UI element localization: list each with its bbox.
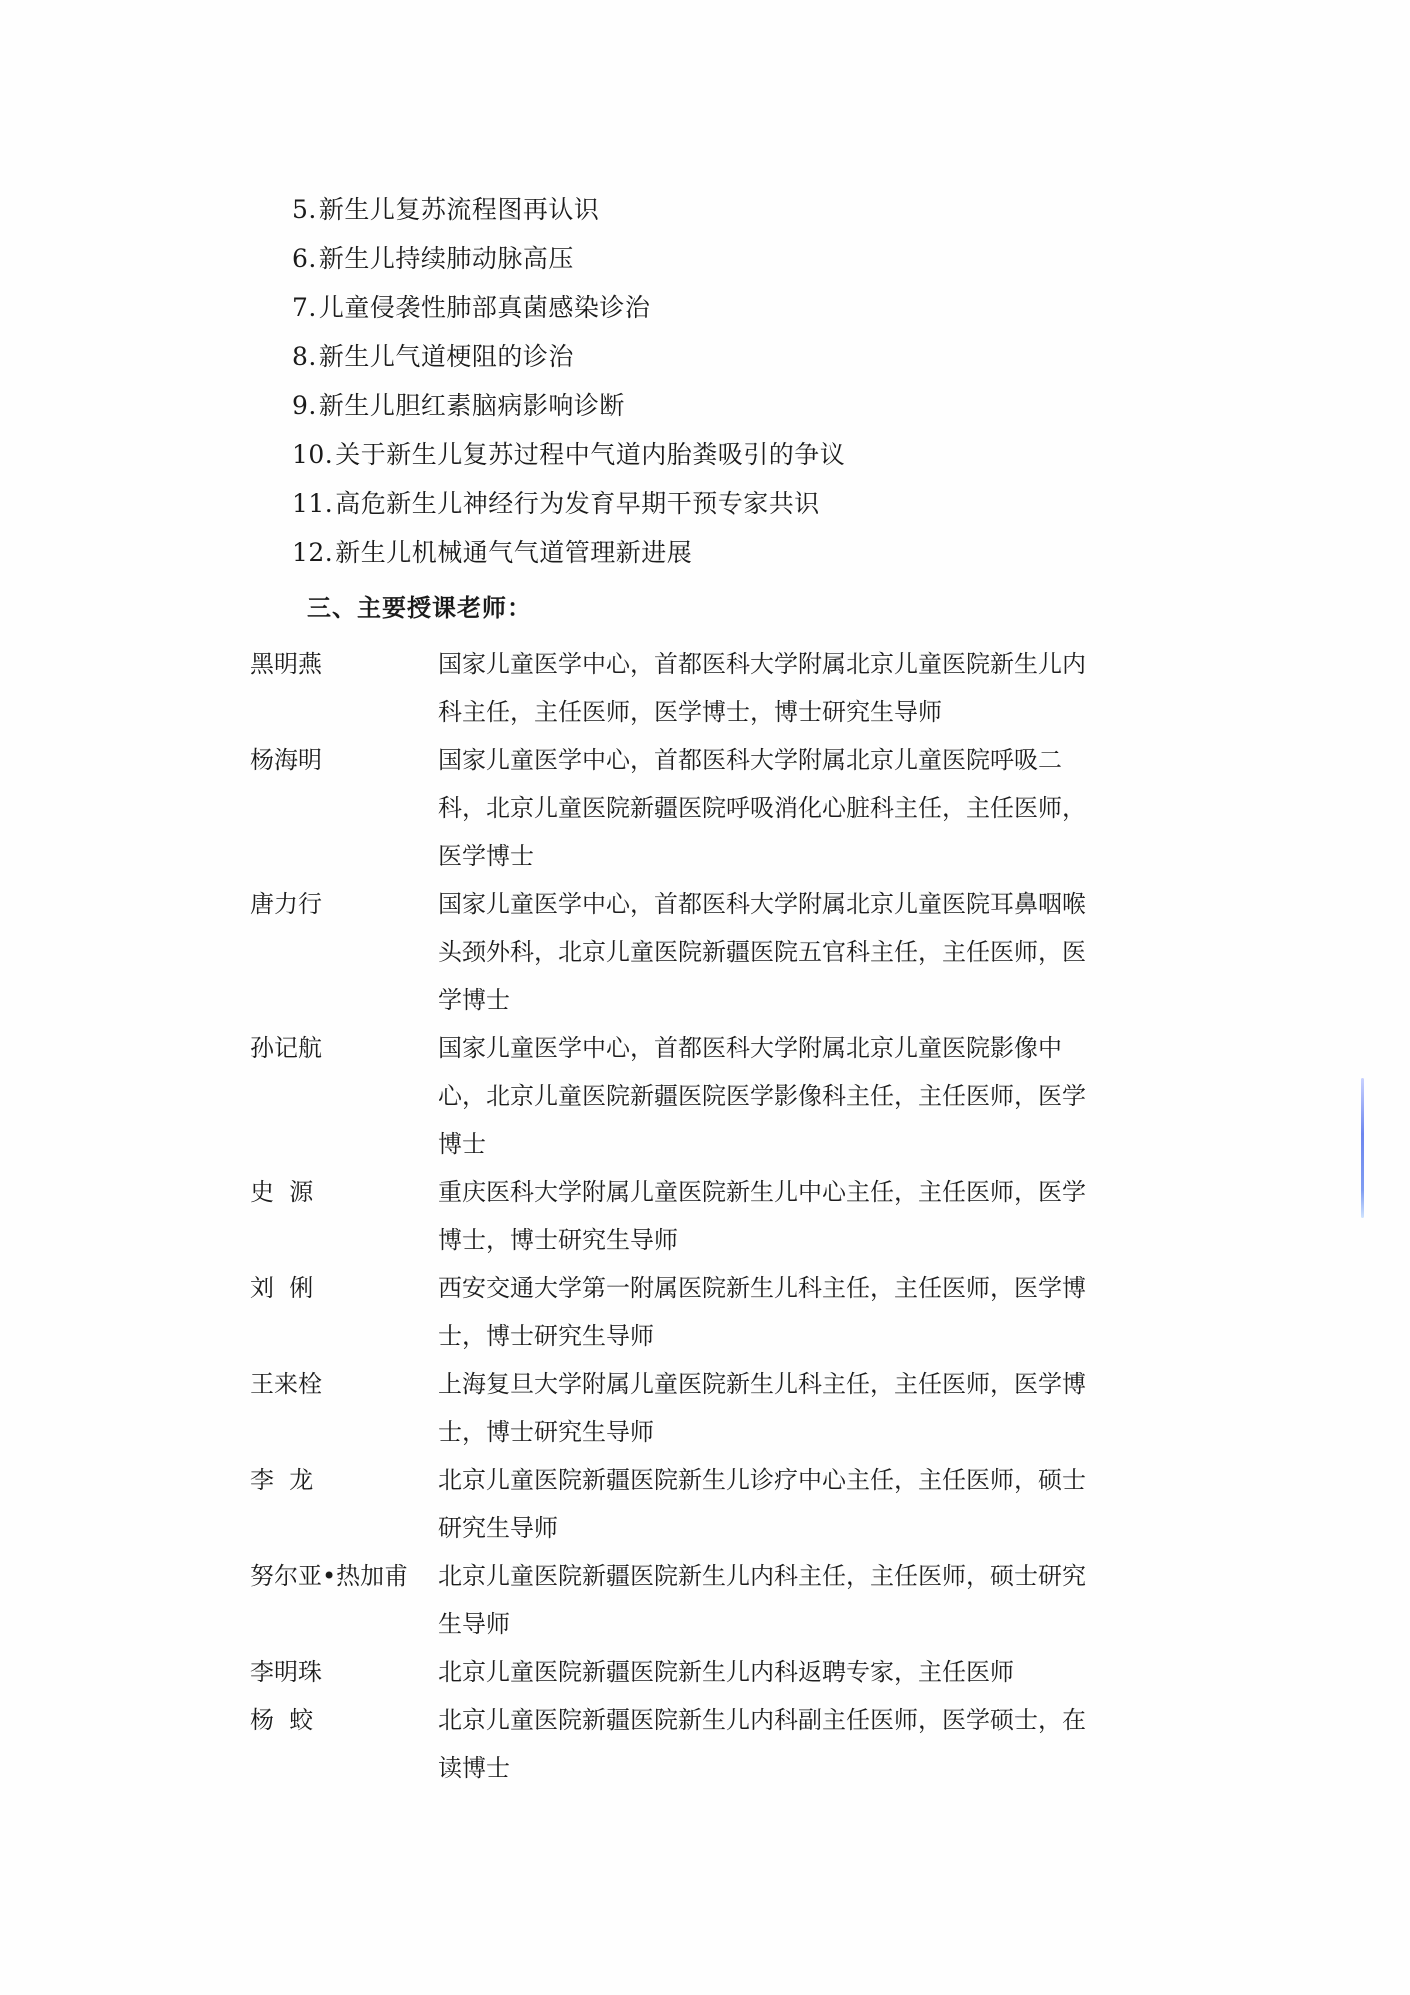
teacher-name: 孙记航 [250, 1024, 438, 1072]
description-line: 国家儿童医学中心，首都医科大学附属北京儿童医院呼吸二 [438, 736, 1178, 784]
description-line: 国家儿童医学中心，首都医科大学附属北京儿童医院新生儿内 [438, 640, 1178, 688]
topic-text: 新生儿气道梗阻的诊治 [319, 342, 574, 371]
teacher-description: 北京儿童医院新疆医院新生儿内科主任，主任医师，硕士研究 生导师 [438, 1552, 1178, 1648]
teacher-entry: 杨海明 国家儿童医学中心，首都医科大学附属北京儿童医院呼吸二 科，北京儿童医院新… [250, 736, 1190, 880]
description-line: 西安交通大学第一附属医院新生儿科主任，主任医师，医学博 [438, 1264, 1178, 1312]
teacher-description: 重庆医科大学附属儿童医院新生儿中心主任，主任医师，医学 博士，博士研究生导师 [438, 1168, 1178, 1264]
description-line: 国家儿童医学中心，首都医科大学附属北京儿童医院耳鼻咽喉 [438, 880, 1178, 928]
topic-item: 9.新生儿胆红素脑病影响诊断 [292, 386, 845, 435]
topic-text: 关于新生儿复苏过程中气道内胎粪吸引的争议 [335, 440, 845, 469]
teacher-entry: 唐力行 国家儿童医学中心，首都医科大学附属北京儿童医院耳鼻咽喉 头颈外科，北京儿… [250, 880, 1190, 1024]
teacher-entry: 黑明燕 国家儿童医学中心，首都医科大学附属北京儿童医院新生儿内 科主任，主任医师… [250, 640, 1190, 736]
description-line: 北京儿童医院新疆医院新生儿内科返聘专家，主任医师 [438, 1648, 1178, 1696]
teacher-description: 北京儿童医院新疆医院新生儿内科副主任医师，医学硕士，在 读博士 [438, 1696, 1178, 1792]
topic-number: 7. [292, 293, 317, 322]
description-line: 北京儿童医院新疆医院新生儿内科主任，主任医师，硕士研究 [438, 1552, 1178, 1600]
section-heading-teachers: 三、主要授课老师： [307, 588, 532, 623]
description-line: 上海复旦大学附属儿童医院新生儿科主任，主任医师，医学博 [438, 1360, 1178, 1408]
teacher-list: 黑明燕 国家儿童医学中心，首都医科大学附属北京儿童医院新生儿内 科主任，主任医师… [250, 640, 1190, 1792]
teacher-description: 北京儿童医院新疆医院新生儿诊疗中心主任，主任医师，硕士 研究生导师 [438, 1456, 1178, 1552]
description-line: 士，博士研究生导师 [438, 1312, 1178, 1360]
teacher-name: 李 龙 [250, 1456, 438, 1504]
teacher-entry: 杨 蛟 北京儿童医院新疆医院新生儿内科副主任医师，医学硕士，在 读博士 [250, 1696, 1190, 1792]
teacher-entry: 史 源 重庆医科大学附属儿童医院新生儿中心主任，主任医师，医学 博士，博士研究生… [250, 1168, 1190, 1264]
description-line: 重庆医科大学附属儿童医院新生儿中心主任，主任医师，医学 [438, 1168, 1178, 1216]
description-line: 士，博士研究生导师 [438, 1408, 1178, 1456]
topic-text: 新生儿胆红素脑病影响诊断 [319, 391, 625, 420]
description-line: 学博士 [438, 976, 1178, 1024]
teacher-entry: 王来栓 上海复旦大学附属儿童医院新生儿科主任，主任医师，医学博 士，博士研究生导… [250, 1360, 1190, 1456]
topic-text: 新生儿复苏流程图再认识 [319, 195, 600, 224]
teacher-name: 努尔亚•热加甫 [250, 1552, 438, 1600]
description-line: 研究生导师 [438, 1504, 1178, 1552]
description-line: 科主任，主任医师，医学博士，博士研究生导师 [438, 688, 1178, 736]
topic-text: 新生儿机械通气气道管理新进展 [335, 538, 692, 567]
description-line: 生导师 [438, 1600, 1178, 1648]
teacher-description: 北京儿童医院新疆医院新生儿内科返聘专家，主任医师 [438, 1648, 1178, 1696]
description-line: 科，北京儿童医院新疆医院呼吸消化心脏科主任，主任医师， [438, 784, 1178, 832]
description-line: 北京儿童医院新疆医院新生儿内科副主任医师，医学硕士，在 [438, 1696, 1178, 1744]
topic-text: 新生儿持续肺动脉高压 [319, 244, 574, 273]
teacher-entry: 努尔亚•热加甫 北京儿童医院新疆医院新生儿内科主任，主任医师，硕士研究 生导师 [250, 1552, 1190, 1648]
topic-item: 8.新生儿气道梗阻的诊治 [292, 337, 845, 386]
description-line: 医学博士 [438, 832, 1178, 880]
teacher-entry: 刘 俐 西安交通大学第一附属医院新生儿科主任，主任医师，医学博 士，博士研究生导… [250, 1264, 1190, 1360]
description-line: 博士 [438, 1120, 1178, 1168]
topic-number: 11. [292, 489, 333, 518]
teacher-description: 国家儿童医学中心，首都医科大学附属北京儿童医院影像中 心，北京儿童医院新疆医院医… [438, 1024, 1178, 1168]
teacher-entry: 孙记航 国家儿童医学中心，首都医科大学附属北京儿童医院影像中 心，北京儿童医院新… [250, 1024, 1190, 1168]
teacher-description: 国家儿童医学中心，首都医科大学附属北京儿童医院呼吸二 科，北京儿童医院新疆医院呼… [438, 736, 1178, 880]
topic-item: 7.儿童侵袭性肺部真菌感染诊治 [292, 288, 845, 337]
teacher-name: 刘 俐 [250, 1264, 438, 1312]
teacher-name: 王来栓 [250, 1360, 438, 1408]
course-topic-list: 5.新生儿复苏流程图再认识 6.新生儿持续肺动脉高压 7.儿童侵袭性肺部真菌感染… [292, 190, 845, 582]
description-line: 心，北京儿童医院新疆医院医学影像科主任，主任医师，医学 [438, 1072, 1178, 1120]
description-line: 头颈外科，北京儿童医院新疆医院五官科主任，主任医师，医 [438, 928, 1178, 976]
teacher-description: 国家儿童医学中心，首都医科大学附属北京儿童医院新生儿内 科主任，主任医师，医学博… [438, 640, 1178, 736]
teacher-description: 国家儿童医学中心，首都医科大学附属北京儿童医院耳鼻咽喉 头颈外科，北京儿童医院新… [438, 880, 1178, 1024]
teacher-name: 杨 蛟 [250, 1696, 438, 1744]
teacher-entry: 李明珠 北京儿童医院新疆医院新生儿内科返聘专家，主任医师 [250, 1648, 1190, 1696]
topic-number: 5. [292, 195, 317, 224]
scan-artifact-mark [1361, 1078, 1364, 1218]
topic-item: 5.新生儿复苏流程图再认识 [292, 190, 845, 239]
topic-text: 儿童侵袭性肺部真菌感染诊治 [319, 293, 651, 322]
topic-number: 12. [292, 538, 333, 567]
topic-item: 10.关于新生儿复苏过程中气道内胎粪吸引的争议 [292, 435, 845, 484]
teacher-description: 上海复旦大学附属儿童医院新生儿科主任，主任医师，医学博 士，博士研究生导师 [438, 1360, 1178, 1456]
teacher-description: 西安交通大学第一附属医院新生儿科主任，主任医师，医学博 士，博士研究生导师 [438, 1264, 1178, 1360]
teacher-name: 唐力行 [250, 880, 438, 928]
topic-number: 8. [292, 342, 317, 371]
teacher-name: 史 源 [250, 1168, 438, 1216]
document-page: 5.新生儿复苏流程图再认识 6.新生儿持续肺动脉高压 7.儿童侵袭性肺部真菌感染… [0, 0, 1410, 1995]
teacher-name: 李明珠 [250, 1648, 438, 1696]
topic-number: 10. [292, 440, 333, 469]
description-line: 北京儿童医院新疆医院新生儿诊疗中心主任，主任医师，硕士 [438, 1456, 1178, 1504]
description-line: 博士，博士研究生导师 [438, 1216, 1178, 1264]
teacher-name: 杨海明 [250, 736, 438, 784]
description-line: 读博士 [438, 1744, 1178, 1792]
topic-item: 6.新生儿持续肺动脉高压 [292, 239, 845, 288]
teacher-name: 黑明燕 [250, 640, 438, 688]
topic-number: 6. [292, 244, 317, 273]
teacher-entry: 李 龙 北京儿童医院新疆医院新生儿诊疗中心主任，主任医师，硕士 研究生导师 [250, 1456, 1190, 1552]
topic-text: 高危新生儿神经行为发育早期干预专家共识 [335, 489, 820, 518]
topic-item: 12.新生儿机械通气气道管理新进展 [292, 533, 845, 582]
description-line: 国家儿童医学中心，首都医科大学附属北京儿童医院影像中 [438, 1024, 1178, 1072]
topic-number: 9. [292, 391, 317, 420]
topic-item: 11.高危新生儿神经行为发育早期干预专家共识 [292, 484, 845, 533]
